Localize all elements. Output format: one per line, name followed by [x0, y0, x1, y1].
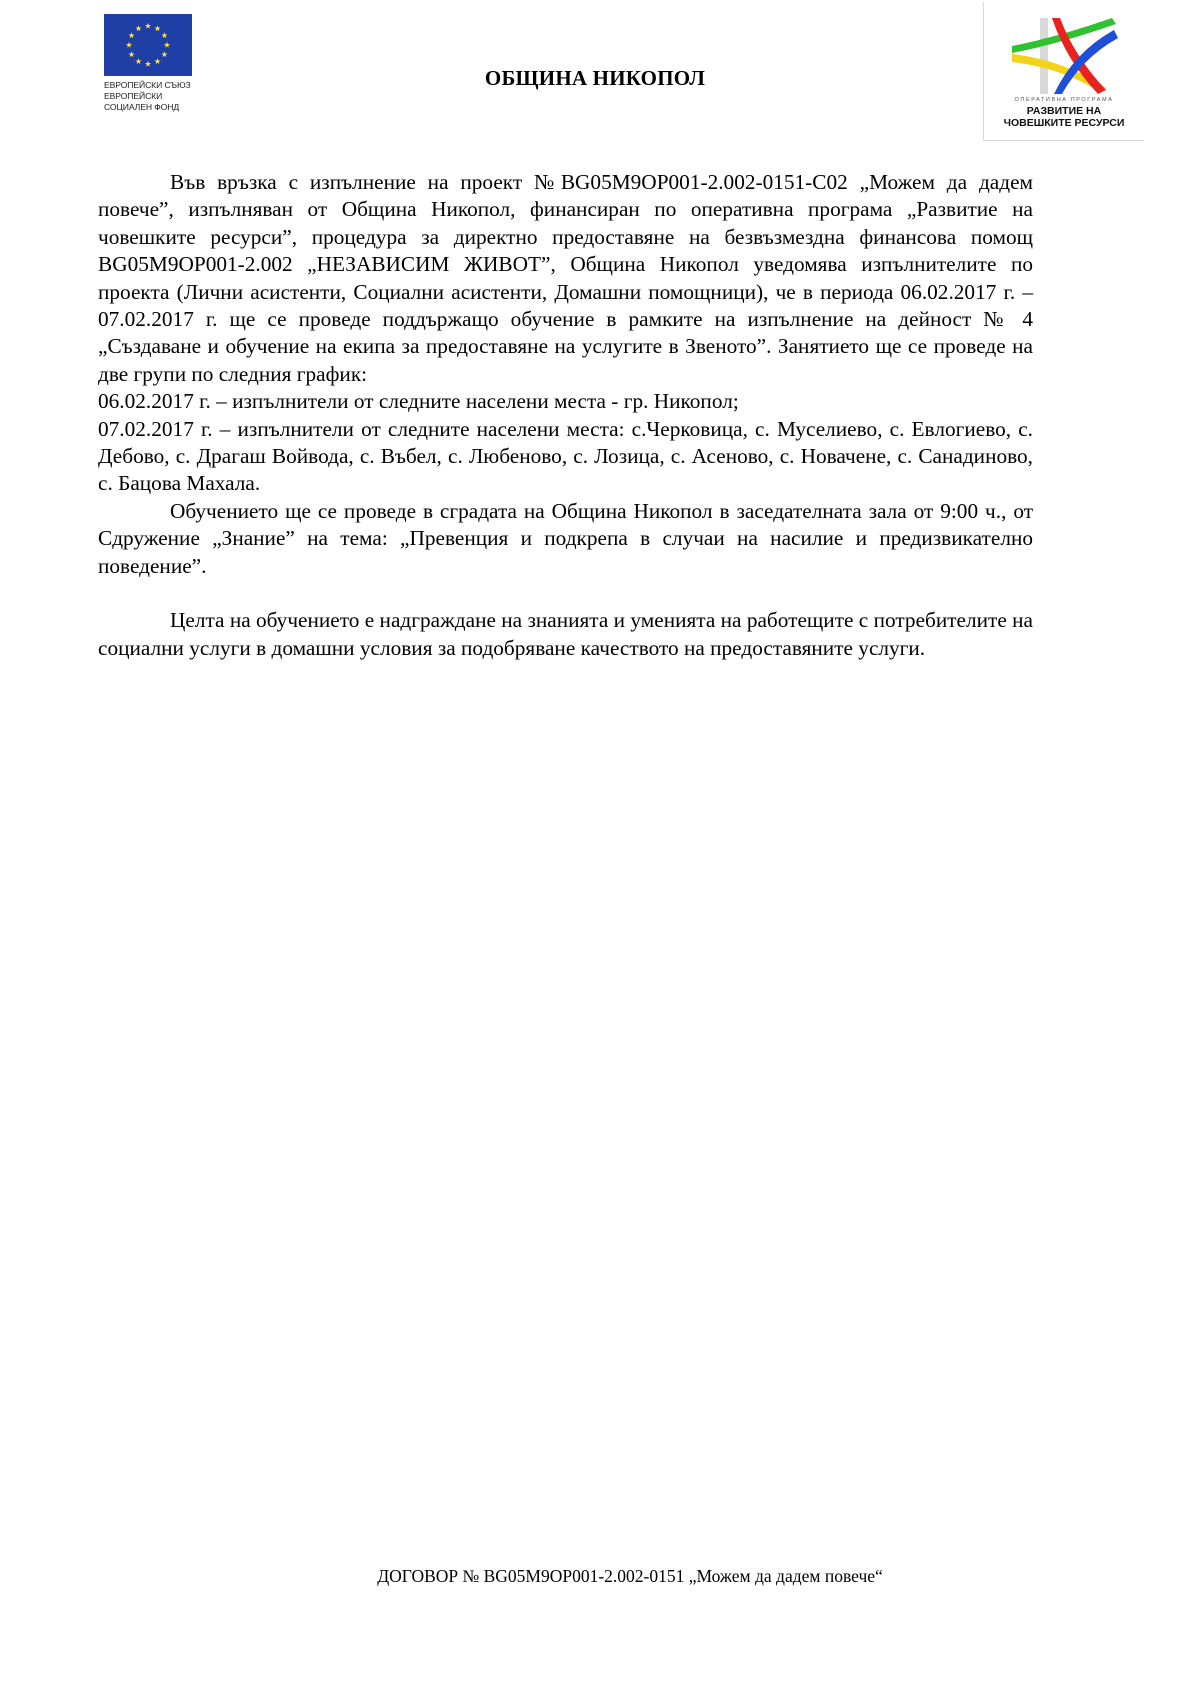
eu-logo: ЕВРОПЕЙСКИ СЪЮЗ ЕВРОПЕЙСКИ СОЦИАЛЕН ФОНД [104, 14, 196, 113]
body-paragraph-intro: Във връзка с изпълнение на проект №BG05M… [98, 169, 1033, 388]
footer-contract: ДОГОВОР № BG05M9OP001-2.002-0151 „Можем … [0, 1566, 1190, 1587]
document-body: Във връзка с изпълнение на проект №BG05M… [98, 169, 1033, 662]
schedule-item: 06.02.2017 г. – изпълнители от следните … [98, 388, 1033, 415]
op-logo-line2: ЧОВЕШКИТЕ РЕСУРСИ [984, 117, 1144, 129]
op-logo-subtitle: ОПЕРАТИВНА ПРОГРАМА [984, 97, 1144, 103]
op-logo-line1: РАЗВИТИЕ НА [984, 105, 1144, 117]
document-page: ЕВРОПЕЙСКИ СЪЮЗ ЕВРОПЕЙСКИ СОЦИАЛЕН ФОНД… [0, 0, 1190, 1684]
schedule-item: 07.02.2017 г. – изпълнители от следните … [98, 416, 1033, 498]
body-paragraph-goal: Целта на обучението е надграждане на зна… [98, 607, 1033, 662]
op-human-resources-logo-icon [1004, 16, 1124, 96]
eu-logo-line: ЕВРОПЕЙСКИ [104, 91, 196, 102]
eu-logo-line: СОЦИАЛЕН ФОНД [104, 102, 196, 113]
paragraph-spacer [98, 580, 1033, 607]
op-logo: ОПЕРАТИВНА ПРОГРАМА РАЗВИТИЕ НА ЧОВЕШКИТ… [983, 2, 1144, 141]
body-paragraph-location: Обучението ще се проведе в сградата на О… [98, 498, 1033, 580]
